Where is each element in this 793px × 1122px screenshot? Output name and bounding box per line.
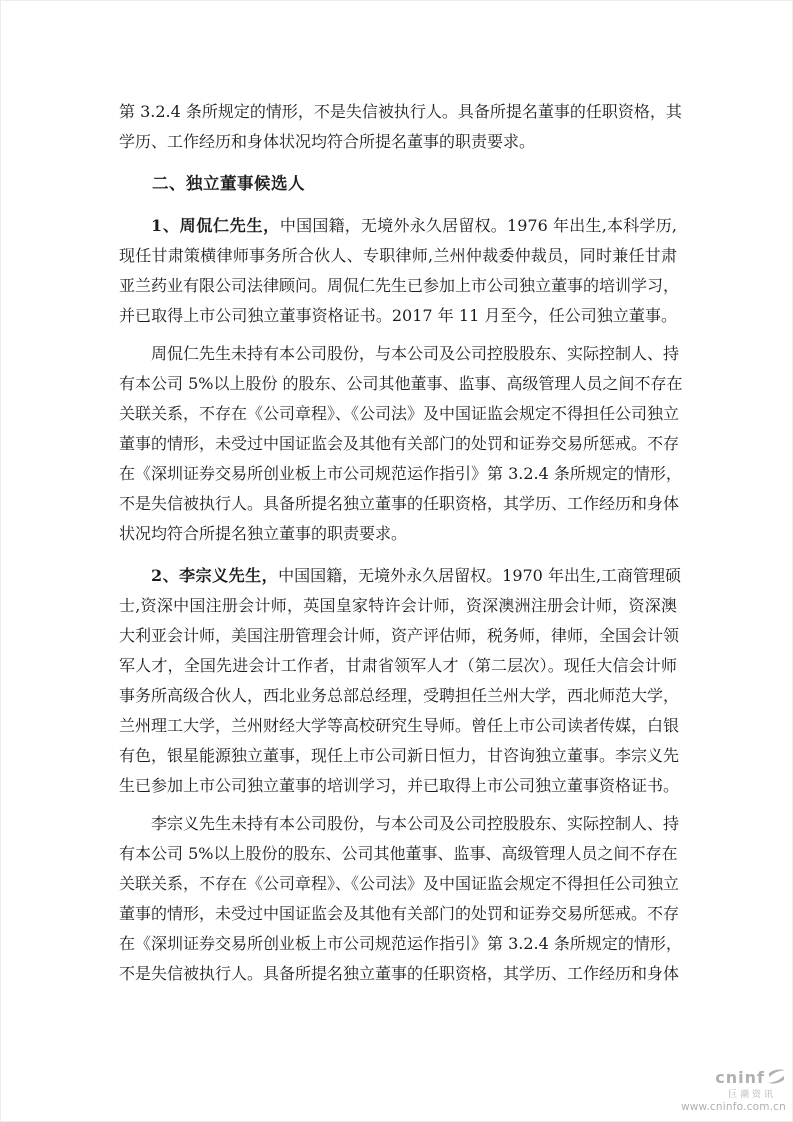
candidate-paragraph: 1、周侃仁先生，中国国籍，无境外永久居留权。1976 年出生,本科学历,现任甘肃…	[119, 211, 677, 331]
text-line: 有色，银星能源独立董事，现任上市公司新日恒力，甘咨询独立董事。李宗义先	[119, 741, 677, 771]
body-paragraph: 李宗义先生未持有本公司股份，与本公司及公司控股股东、实际控制人、持有本公司 5%…	[119, 809, 677, 989]
text-line: 现任甘肃策横律师事务所合伙人、专职律师,兰州仲裁委仲裁员，同时兼任甘肃	[119, 241, 677, 271]
text-line: 学历、工作经历和身体状况均符合所提名董事的职责要求。	[119, 127, 677, 157]
cninfo-watermark: cninf 巨潮资讯 www.cninfo.com.cn	[681, 1067, 786, 1113]
candidate-name: 2、李宗义先生，	[151, 566, 278, 585]
text-line: 兰州理工大学，兰州财经大学等高校研究生导师。曾任上市公司读者传媒，白银	[119, 711, 677, 741]
text-line: 亚兰药业有限公司法律顾问。周侃仁先生已参加上市公司独立董事的培训学习，	[119, 271, 677, 301]
text-line: 关联关系，不存在《公司章程》、《公司法》及中国证监会规定不得担任公司独立	[119, 399, 677, 429]
text-line: 大利亚会计师，美国注册管理会计师，资产评估师，税务师，律师，全国会计领	[119, 621, 677, 651]
text-line: 状况均符合所提名独立董事的职责要求。	[119, 519, 677, 549]
cninfo-swirl-icon	[767, 1067, 786, 1089]
cninfo-url: www.cninfo.com.cn	[681, 1102, 786, 1113]
candidate-name: 1、周侃仁先生，	[151, 216, 280, 235]
document-page: 第 3.2.4 条所规定的情形，不是失信被执行人。具备所提名董事的任职资格，其学…	[0, 0, 793, 1122]
text-line: 在《深圳证券交易所创业板上市公司规范运作指引》第 3.2.4 条所规定的情形，	[119, 459, 677, 489]
text-line: 生已参加上市公司独立董事的培训学习，并已取得上市公司独立董事资格证书。	[119, 771, 677, 801]
cninfo-logo-row: cninf	[715, 1067, 786, 1089]
text-line: 有本公司 5%以上股份的股东、公司其他董事、监事、高级管理人员之间不存在	[119, 839, 677, 869]
text-line: 1、周侃仁先生，中国国籍，无境外永久居留权。1976 年出生,本科学历,	[119, 211, 677, 241]
cninfo-logo-text: cninf	[715, 1070, 765, 1086]
text-line: 并已取得上市公司独立董事资格证书。2017 年 11 月至今，任公司独立董事。	[119, 301, 677, 331]
candidate-paragraph: 2、李宗义先生，中国国籍，无境外永久居留权。1970 年出生,工商管理硕士,资深…	[119, 561, 677, 801]
body-paragraph: 第 3.2.4 条所规定的情形，不是失信被执行人。具备所提名董事的任职资格，其学…	[119, 97, 677, 157]
text-line: 在《深圳证券交易所创业板上市公司规范运作指引》第 3.2.4 条所规定的情形，	[119, 929, 677, 959]
document-body: 第 3.2.4 条所规定的情形，不是失信被执行人。具备所提名董事的任职资格，其学…	[119, 97, 677, 989]
text-line: 关联关系，不存在《公司章程》、《公司法》及中国证监会规定不得担任公司独立	[119, 869, 677, 899]
text-line: 不是失信被执行人。具备所提名独立董事的任职资格，其学历、工作经历和身体	[119, 959, 677, 989]
text-line: 董事的情形，未受过中国证监会及其他有关部门的处罚和证券交易所惩戒。不存	[119, 899, 677, 929]
text-line: 军人才，全国先进会计工作者，甘肃省领军人才（第二层次）。现任大信会计师	[119, 651, 677, 681]
text-line: 周侃仁先生未持有本公司股份，与本公司及公司控股股东、实际控制人、持	[119, 339, 677, 369]
text-line: 2、李宗义先生，中国国籍，无境外永久居留权。1970 年出生,工商管理硕	[119, 561, 677, 591]
section-heading: 二、独立董事候选人	[119, 169, 677, 199]
text-line: 李宗义先生未持有本公司股份，与本公司及公司控股股东、实际控制人、持	[119, 809, 677, 839]
text-line: 士,资深中国注册会计师，英国皇家特许会计师，资深澳洲注册会计师，资深澳	[119, 591, 677, 621]
text-line: 有本公司 5%以上股份 的股东、公司其他董事、监事、高级管理人员之间不存在	[119, 369, 677, 399]
body-paragraph: 周侃仁先生未持有本公司股份，与本公司及公司控股股东、实际控制人、持有本公司 5%…	[119, 339, 677, 549]
text-line: 事务所高级合伙人，西北业务总部总经理，受聘担任兰州大学，西北师范大学，	[119, 681, 677, 711]
text-line: 第 3.2.4 条所规定的情形，不是失信被执行人。具备所提名董事的任职资格，其	[119, 97, 677, 127]
cninfo-chinese-name: 巨潮资讯	[728, 1091, 776, 1100]
text-line: 不是失信被执行人。具备所提名独立董事的任职资格，其学历、工作经历和身体	[119, 489, 677, 519]
text-line: 董事的情形，未受过中国证监会及其他有关部门的处罚和证券交易所惩戒。不存	[119, 429, 677, 459]
